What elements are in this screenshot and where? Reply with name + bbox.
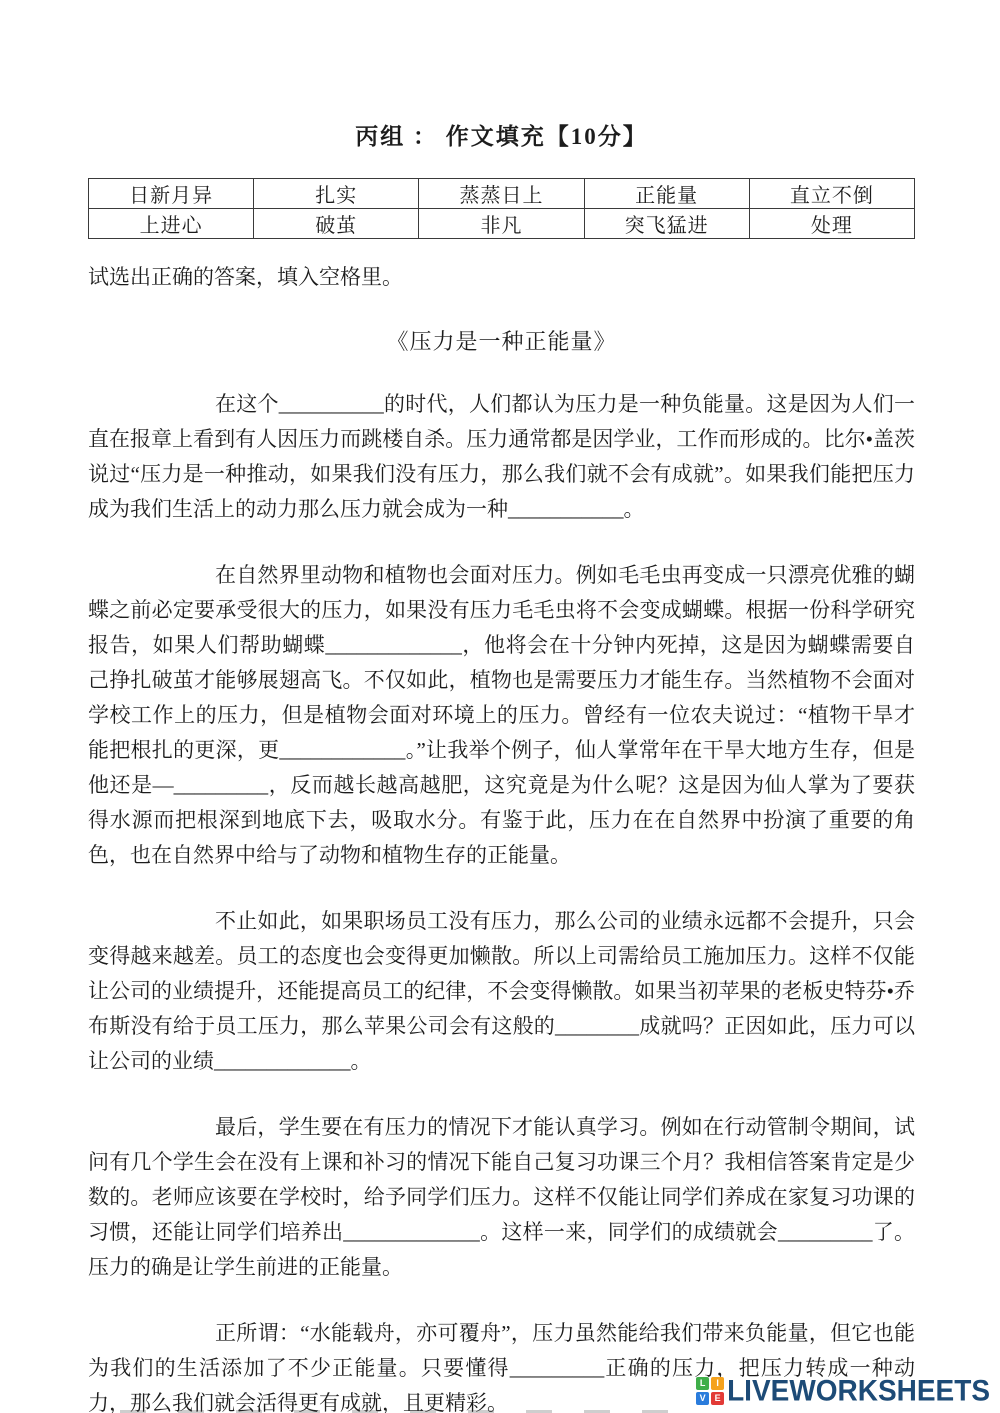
word-bank-row: 日新月异 扎实 蒸蒸日上 正能量 直立不倒 — [89, 179, 915, 209]
essay-paragraph-1: 在这个__________的时代，人们都认为压力是一种负能量。这是因为人们一直在… — [88, 387, 915, 527]
instruction-text: 试选出正确的答案，填入空格里。 — [88, 261, 915, 291]
liveworksheets-wordmark: LIVEWORKSHEETS — [727, 1374, 990, 1408]
word-bank-table: 日新月异 扎实 蒸蒸日上 正能量 直立不倒 上进心 破茧 非凡 突飞猛进 处理 — [88, 178, 915, 239]
word-bank-cell: 日新月异 — [89, 179, 254, 209]
word-bank-cell: 处理 — [749, 209, 914, 239]
liveworksheets-logo: L I V E LIVEWORKSHEETS — [696, 1375, 990, 1407]
worksheet-content: 丙组 ： 作文填充【10分】 日新月异 扎实 蒸蒸日上 正能量 直立不倒 上进心… — [0, 0, 1000, 1413]
word-bank-cell: 上进心 — [89, 209, 254, 239]
word-bank-cell: 破茧 — [254, 209, 419, 239]
word-bank-cell: 直立不倒 — [749, 179, 914, 209]
liveworksheets-grid-icon: L I V E — [696, 1377, 724, 1405]
worksheet-page: 丙组 ： 作文填充【10分】 日新月异 扎实 蒸蒸日上 正能量 直立不倒 上进心… — [0, 0, 1000, 1413]
logo-tile-i: I — [711, 1377, 724, 1390]
word-bank-cell: 突飞猛进 — [584, 209, 749, 239]
essay-paragraph-2: 在自然界里动物和植物也会面对压力。例如毛毛虫再变成一只漂亮优雅的蝴蝶之前必定要承… — [88, 558, 915, 873]
word-bank-cell: 蒸蒸日上 — [419, 179, 584, 209]
essay-paragraph-4: 最后，学生要在有压力的情况下才能认真学习。例如在行动管制令期间，试问有几个学生会… — [88, 1110, 915, 1285]
logo-tile-l: L — [696, 1377, 709, 1390]
word-bank-cell: 非凡 — [419, 209, 584, 239]
essay-title: 《压力是一种正能量》 — [88, 325, 915, 356]
word-bank-cell: 正能量 — [584, 179, 749, 209]
essay-paragraph-3: 不止如此，如果职场员工没有压力，那么公司的业绩永远都不会提升，只会变得越来越差。… — [88, 904, 915, 1079]
word-bank-cell: 扎实 — [254, 179, 419, 209]
logo-tile-v: V — [696, 1392, 709, 1405]
logo-tile-e: E — [711, 1392, 724, 1405]
page-title: 丙组 ： 作文填充【10分】 — [88, 118, 915, 151]
word-bank-row: 上进心 破茧 非凡 突飞猛进 处理 — [89, 209, 915, 239]
